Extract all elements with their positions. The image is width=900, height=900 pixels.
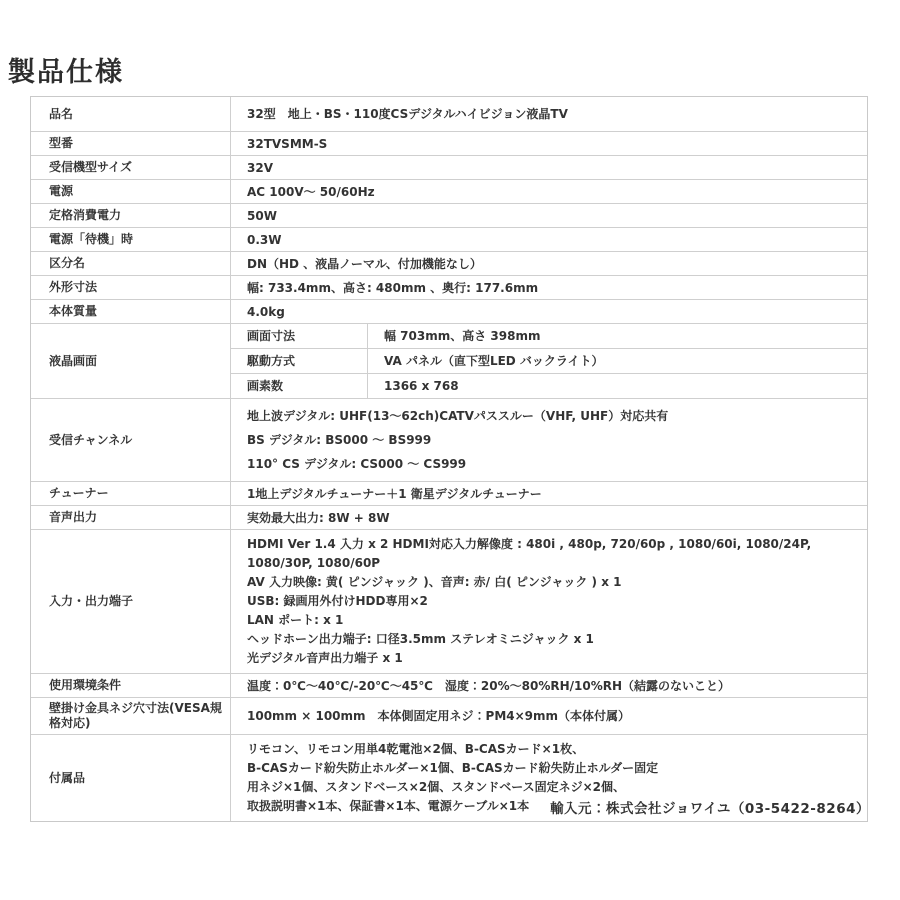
- spec-value: 地上波デジタル: UHF(13～62ch)CATVパススルー（VHF, UHF）…: [231, 399, 867, 481]
- spec-table: 品名 32型 地上・BS・110度CSデジタルハイビジョン液晶TV 型番 32T…: [30, 96, 868, 822]
- table-row-audio-output: 音声出力 実効最大出力: 8W + 8W: [31, 506, 867, 530]
- spec-label: 外形寸法: [31, 276, 231, 299]
- subtable-row-screen-size: 画面寸法 幅 703mm、高さ 398mm: [231, 324, 867, 349]
- table-row-receive-channels: 受信チャンネル 地上波デジタル: UHF(13～62ch)CATVパススルー（V…: [31, 399, 867, 482]
- spec-value: 100mm × 100mm 本体側固定用ネジ：PM4×9mm（本体付属）: [231, 698, 867, 734]
- spec-value: 32V: [231, 156, 867, 179]
- spec-value: 1地上デジタルチューナー＋1 衛星デジタルチューナー: [231, 482, 867, 505]
- importer-note: 輸入元：株式会社ジョワイユ（03-5422-8264）: [550, 797, 870, 817]
- spec-value: DN（HD 、液晶ノーマル、付加機能なし）: [231, 252, 867, 275]
- page-title: 製品仕様: [8, 50, 124, 89]
- table-row-rated-power: 定格消費電力 50W: [31, 204, 867, 228]
- spec-value: 4.0kg: [231, 300, 867, 323]
- spec-sublabel: 画素数: [231, 374, 368, 398]
- spec-value-line: 光デジタル音声出力端子 x 1: [247, 649, 403, 668]
- spec-label: 品名: [31, 97, 231, 131]
- spec-label: チューナー: [31, 482, 231, 505]
- spec-value: 32TVSMM-S: [231, 132, 867, 155]
- table-row-outer-dimensions: 外形寸法 幅: 733.4mm、高さ: 480mm 、奥行: 177.6mm: [31, 276, 867, 300]
- spec-label: 本体質量: [31, 300, 231, 323]
- spec-subvalue: VA パネル（直下型LED バックライト）: [368, 349, 867, 373]
- subtable-row-pixel-count: 画素数 1366 x 768: [231, 374, 867, 398]
- spec-label: 受信チャンネル: [31, 399, 231, 481]
- spec-value: 幅: 733.4mm、高さ: 480mm 、奥行: 177.6mm: [231, 276, 867, 299]
- spec-subvalue: 幅 703mm、高さ 398mm: [368, 324, 867, 348]
- spec-label: 区分名: [31, 252, 231, 275]
- spec-value: 50W: [231, 204, 867, 227]
- spec-label: 受信機型サイズ: [31, 156, 231, 179]
- spec-value: 0.3W: [231, 228, 867, 251]
- spec-value-line: 取扱説明書×1本、保証書×1本、電源ケーブル×1本: [247, 797, 529, 816]
- spec-value-line: 用ネジ×1個、スタンドベース×2個、スタンドベース固定ネジ×2個、: [247, 778, 625, 797]
- spec-label: 付属品: [31, 735, 231, 821]
- spec-value-line: 110° CS デジタル: CS000 ～ CS999: [247, 452, 466, 476]
- table-row-tuner: チューナー 1地上デジタルチューナー＋1 衛星デジタルチューナー: [31, 482, 867, 506]
- spec-value: 32型 地上・BS・110度CSデジタルハイビジョン液晶TV: [231, 97, 867, 131]
- spec-label: 型番: [31, 132, 231, 155]
- spec-sublabel: 画面寸法: [231, 324, 368, 348]
- spec-label: 使用環境条件: [31, 674, 231, 697]
- spec-value-line: HDMI Ver 1.4 入力 x 2 HDMI対応入力解像度 : 480i ,…: [247, 535, 857, 573]
- spec-label: 電源「待機」時: [31, 228, 231, 251]
- table-row-standby-power: 電源「待機」時 0.3W: [31, 228, 867, 252]
- spec-value-line: BS デジタル: BS000 ～ BS999: [247, 428, 431, 452]
- spec-value-line: USB: 録画用外付けHDD専用×2: [247, 592, 428, 611]
- spec-label: 液晶画面: [31, 324, 231, 398]
- spec-value-line: LAN ポート: x 1: [247, 611, 343, 630]
- spec-value-line: 地上波デジタル: UHF(13～62ch)CATVパススルー（VHF, UHF）…: [247, 404, 668, 428]
- spec-label: 定格消費電力: [31, 204, 231, 227]
- table-row-model-number: 型番 32TVSMM-S: [31, 132, 867, 156]
- table-row-io-terminals: 入力・出力端子 HDMI Ver 1.4 入力 x 2 HDMI対応入力解像度 …: [31, 530, 867, 674]
- table-row-category-name: 区分名 DN（HD 、液晶ノーマル、付加機能なし）: [31, 252, 867, 276]
- table-row-product-name: 品名 32型 地上・BS・110度CSデジタルハイビジョン液晶TV: [31, 97, 867, 132]
- subtable-row-panel-type: 駆動方式 VA パネル（直下型LED バックライト）: [231, 349, 867, 374]
- spec-value: HDMI Ver 1.4 入力 x 2 HDMI対応入力解像度 : 480i ,…: [231, 530, 867, 673]
- spec-label: 音声出力: [31, 506, 231, 529]
- table-row-lcd-screen: 液晶画面 画面寸法 幅 703mm、高さ 398mm 駆動方式 VA パネル（直…: [31, 324, 867, 399]
- spec-value-line: ヘッドホーン出力端子: 口径3.5mm ステレオミニジャック x 1: [247, 630, 594, 649]
- spec-label: 入力・出力端子: [31, 530, 231, 673]
- spec-sublabel: 駆動方式: [231, 349, 368, 373]
- spec-value-line: B-CASカード紛失防止ホルダー×1個、B-CASカード紛失防止ホルダー固定: [247, 759, 658, 778]
- spec-value: AC 100V～ 50/60Hz: [231, 180, 867, 203]
- spec-value-line: AV 入力映像: 黄( ピンジャック )、音声: 赤/ 白( ピンジャック ) …: [247, 573, 621, 592]
- lcd-subtable: 画面寸法 幅 703mm、高さ 398mm 駆動方式 VA パネル（直下型LED…: [231, 324, 867, 398]
- table-row-receiver-size: 受信機型サイズ 32V: [31, 156, 867, 180]
- spec-value-line: リモコン、リモコン用単4乾電池×2個、B-CASカード×1枚、: [247, 740, 584, 759]
- table-row-wall-mount: 壁掛け金具ネジ穴寸法(VESA規格対応) 100mm × 100mm 本体側固定…: [31, 698, 867, 735]
- spec-value: 温度：0℃～40℃/-20℃～45℃ 湿度：20%～80%RH/10%RH（結露…: [231, 674, 867, 697]
- table-row-weight: 本体質量 4.0kg: [31, 300, 867, 324]
- table-row-environment-conditions: 使用環境条件 温度：0℃～40℃/-20℃～45℃ 湿度：20%～80%RH/1…: [31, 674, 867, 698]
- table-row-power: 電源 AC 100V～ 50/60Hz: [31, 180, 867, 204]
- spec-label: 電源: [31, 180, 231, 203]
- spec-subvalue: 1366 x 768: [368, 374, 867, 398]
- spec-label: 壁掛け金具ネジ穴寸法(VESA規格対応): [31, 698, 231, 734]
- spec-value: 実効最大出力: 8W + 8W: [231, 506, 867, 529]
